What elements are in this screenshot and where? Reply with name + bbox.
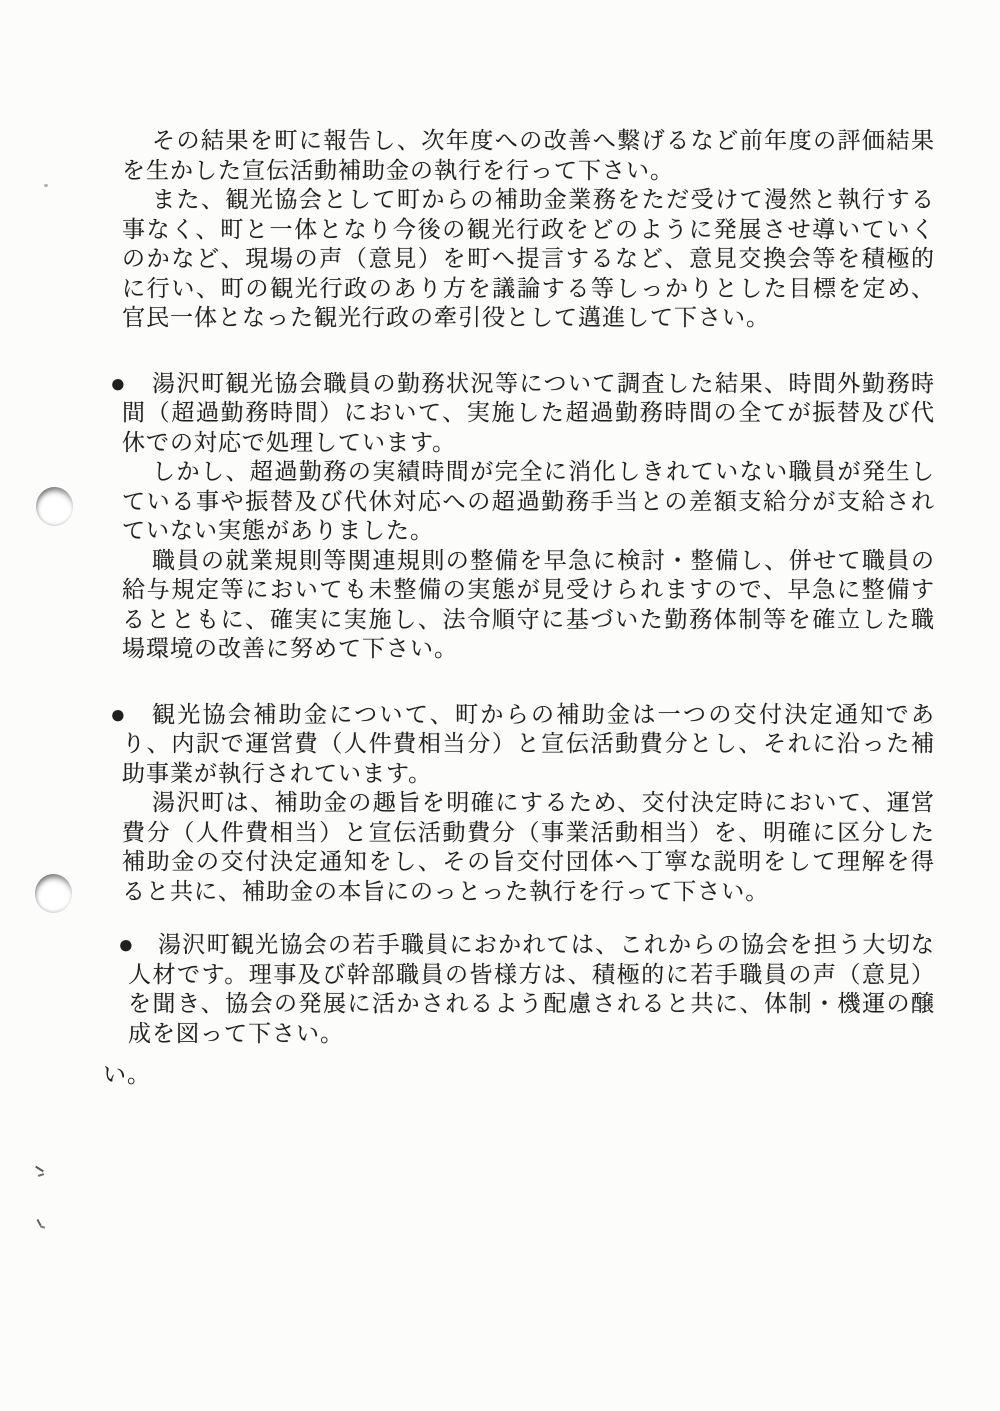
bullet-paragraph: しかし、超過勤務の実績時間が完全に消化しきれていない職員が発生している事や振替及… — [122, 457, 935, 546]
bullet-item: ● 湯沢町観光協会の若手職員におかれては、これからの協会を担う大切な人材です。理… — [122, 930, 935, 1048]
scanned-document-page: その結果を町に報告し、次年度への改善へ繋げるなど前年度の評価結果を生かした宣伝活… — [0, 0, 1000, 1411]
punch-hole-bottom — [35, 874, 72, 913]
punch-hole-top — [36, 487, 73, 526]
document-body: その結果を町に報告し、次年度への改善へ繋げるなど前年度の評価結果を生かした宣伝活… — [122, 126, 935, 1090]
bullet-marker-icon: ● — [118, 930, 134, 960]
bullet-paragraph: 職員の就業規則等関連規則の整備を早急に検討・整備し、併せて職員の給与規定等におい… — [122, 546, 935, 664]
bullet-paragraph: 湯沢町観光協会職員の勤務状況等について調査した結果、時間外勤務時間（超過勤務時間… — [122, 369, 935, 458]
intro-section: その結果を町に報告し、次年度への改善へ繋げるなど前年度の評価結果を生かした宣伝活… — [122, 126, 935, 333]
scan-speck — [40, 1225, 45, 1229]
intro-paragraph: その結果を町に報告し、次年度への改善へ繋げるなど前年度の評価結果を生かした宣伝活… — [122, 126, 935, 185]
intro-paragraph: また、観光協会として町からの補助金業務をただ受けて漫然と執行する事なく、町と一体… — [122, 185, 935, 333]
orphan-line: い。 — [103, 1060, 935, 1090]
bullet-item: ● 湯沢町観光協会職員の勤務状況等について調査した結果、時間外勤務時間（超過勤務… — [122, 369, 935, 664]
scan-speck — [38, 1173, 44, 1177]
bullet-paragraph: 観光協会補助金について、町からの補助金は一つの交付決定通知であり、内訳で運営費（… — [122, 700, 935, 789]
bullet-marker-icon: ● — [110, 700, 126, 730]
bullet-paragraph: 湯沢町観光協会の若手職員におかれては、これからの協会を担う大切な人材です。理事及… — [128, 930, 935, 1048]
scan-speck — [35, 1166, 44, 1172]
bullet-marker-icon: ● — [110, 369, 126, 399]
scan-speck — [44, 184, 48, 187]
bullet-paragraph: 湯沢町は、補助金の趣旨を明確にするため、交付決定時において、運営費分（人件費相当… — [122, 788, 935, 906]
bullet-item: ● 観光協会補助金について、町からの補助金は一つの交付決定通知であり、内訳で運営… — [122, 700, 935, 907]
